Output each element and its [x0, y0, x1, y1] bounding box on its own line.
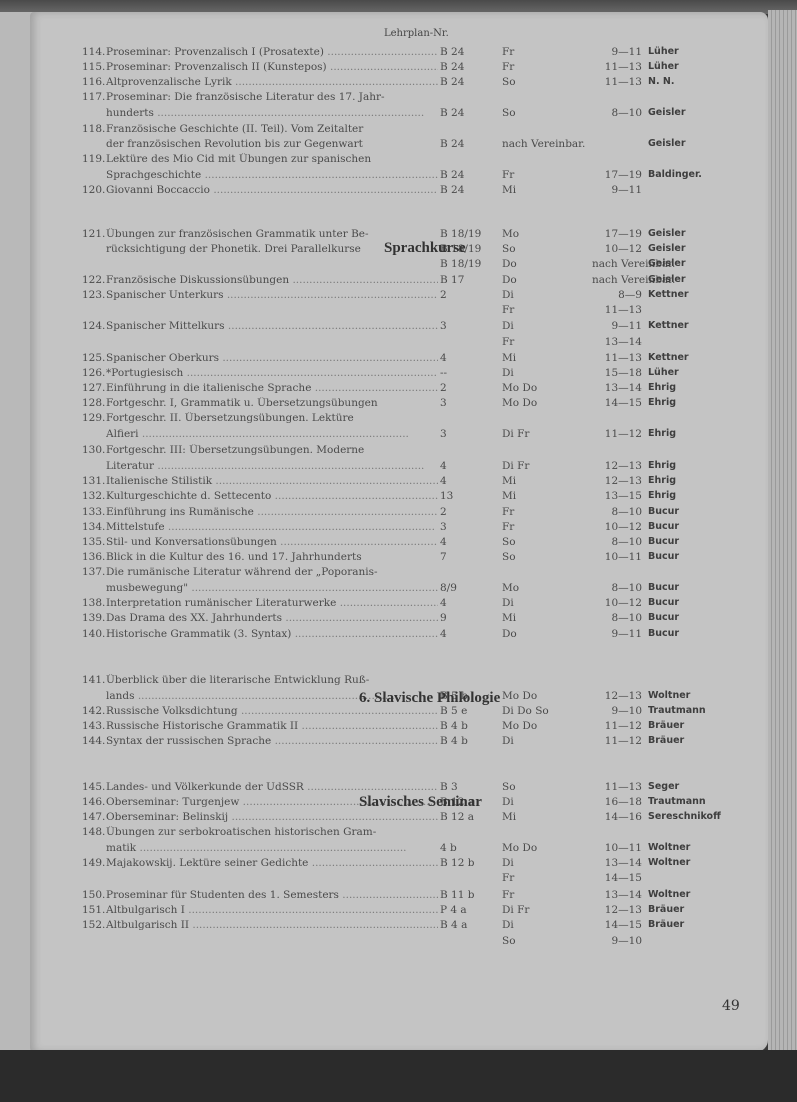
course-room: 4: [440, 352, 490, 364]
course-title: Überblick über die literarische Entwickl…: [106, 674, 438, 686]
course-time: 15—18: [592, 367, 642, 379]
section-heading: Sprachkurse: [384, 240, 466, 257]
course-teacher: Ehrig: [648, 382, 676, 393]
leader-dots: ........................................…: [228, 811, 438, 823]
leader-dots: ........................................…: [304, 781, 438, 793]
course-day: Mi: [502, 184, 582, 196]
course-time: 11—13: [592, 76, 642, 88]
course-teacher: Bucur: [648, 536, 679, 547]
course-time: 14—15: [592, 397, 642, 409]
course-room: 4: [440, 460, 490, 472]
course-teacher: Bucur: [648, 521, 679, 532]
leader-dots: ........................................…: [339, 889, 438, 901]
course-title: Spanischer Unterkurs ...................…: [106, 289, 438, 301]
leader-dots: ........................................…: [189, 919, 438, 931]
course-title: Proseminar: Provenzalisch I (Prosatexte)…: [106, 46, 438, 58]
course-time: 12—13: [592, 475, 642, 487]
course-day: Di: [502, 289, 582, 301]
course-time: 13—14: [592, 336, 642, 348]
course-time: 11—13: [592, 352, 642, 364]
course-title: Einführung in die italienische Sprache .…: [106, 382, 438, 394]
course-title: matik ..................................…: [106, 842, 438, 854]
course-day: So: [502, 551, 582, 563]
course-time: 14—15: [592, 872, 642, 884]
course-room: 8/9: [440, 582, 490, 594]
course-day: So: [502, 76, 582, 88]
course-title: Mittelstufe ............................…: [106, 521, 438, 533]
leader-dots: ........................................…: [289, 274, 438, 286]
course-teacher: Bucur: [648, 597, 679, 608]
course-room: B 24: [440, 76, 490, 88]
course-day: Di Fr: [502, 428, 582, 440]
course-teacher: Ehrig: [648, 428, 676, 439]
course-title: Proseminar: Die französische Literatur d…: [106, 91, 438, 103]
course-teacher: Kettner: [648, 320, 689, 331]
course-day: Mo Do: [502, 397, 582, 409]
course-room: B 3: [440, 781, 490, 793]
course-time: 10—11: [592, 551, 642, 563]
course-time: 9—11: [592, 320, 642, 332]
leader-dots: ........................................…: [225, 320, 438, 332]
course-time: 8—10: [592, 582, 642, 594]
course-teacher: Geisler: [648, 138, 686, 149]
course-room: 2: [440, 506, 490, 518]
course-room: 4: [440, 475, 490, 487]
course-day: Di Fr: [502, 904, 582, 916]
course-day: Di: [502, 857, 582, 869]
course-teacher: Trautmann: [648, 705, 706, 716]
course-teacher: Geisler: [648, 107, 686, 118]
course-day: Fr: [502, 872, 582, 884]
course-day: Mo Do: [502, 690, 582, 702]
course-room: 4: [440, 628, 490, 640]
course-teacher: Bräuer: [648, 720, 684, 731]
leader-dots: ........................................…: [139, 428, 409, 440]
course-teacher: Ehrig: [648, 460, 676, 471]
course-room: --: [440, 367, 490, 379]
leader-dots: ........................................…: [165, 521, 435, 533]
course-day: Do: [502, 258, 582, 270]
leader-dots: ........................................…: [271, 490, 438, 502]
course-time: nach Vereinbar.: [592, 274, 642, 286]
leader-dots: ........................................…: [298, 720, 438, 732]
course-title: Italienische Stilistik .................…: [106, 475, 438, 487]
course-title: Altprovenzalische Lyrik ................…: [106, 76, 438, 88]
course-teacher: Woltner: [648, 690, 690, 701]
course-day: So: [502, 781, 582, 793]
course-title: Das Drama des XX. Jahrhunderts .........…: [106, 612, 438, 624]
course-teacher: Ehrig: [648, 490, 676, 501]
leader-dots: ........................................…: [154, 460, 424, 472]
course-title: Proseminar für Studenten des 1. Semester…: [106, 889, 438, 901]
course-room: B 24: [440, 138, 490, 150]
course-time: 14—15: [592, 919, 642, 931]
course-day: Mo Do: [502, 382, 582, 394]
course-time: 12—13: [592, 690, 642, 702]
course-room: B 24: [440, 46, 490, 58]
course-room: 13: [440, 490, 490, 502]
course-title: Übungen zur serbokroatischen historische…: [106, 826, 438, 838]
course-day: Di Do So: [502, 705, 582, 717]
course-room: B 17: [440, 274, 490, 286]
course-title: Spanischer Mittelkurs ..................…: [106, 320, 438, 332]
course-time: 17—19: [592, 228, 642, 240]
leader-dots: ........................................…: [188, 582, 438, 594]
course-day: Di: [502, 735, 582, 747]
leader-dots: ........................................…: [224, 289, 439, 301]
course-title: Französische Geschichte (II. Teil). Vom …: [106, 123, 438, 135]
course-day: So: [502, 935, 582, 947]
course-teacher: Woltner: [648, 842, 690, 853]
course-day: Di: [502, 320, 582, 332]
course-day: Di Fr: [502, 460, 582, 472]
course-room: 2: [440, 382, 490, 394]
course-title: Russische Historische Grammatik II .....…: [106, 720, 438, 732]
course-room: B 24: [440, 184, 490, 196]
course-day: Fr: [502, 304, 582, 316]
course-day: Fr: [502, 46, 582, 58]
course-day: Do: [502, 628, 582, 640]
course-time: 8—10: [592, 506, 642, 518]
course-day: So: [502, 243, 582, 255]
course-room: 3: [440, 428, 490, 440]
course-title: Kulturgeschichte d. Settecento .........…: [106, 490, 438, 502]
course-room: B 11 b: [440, 889, 490, 901]
course-day: Mo: [502, 582, 582, 594]
course-time: 13—14: [592, 889, 642, 901]
leader-dots: ........................................…: [336, 597, 438, 609]
leader-dots: ........................................…: [136, 842, 406, 854]
course-time: 9—11: [592, 46, 642, 58]
course-time: 13—14: [592, 382, 642, 394]
leader-dots: ........................................…: [185, 904, 438, 916]
page-number: 49: [722, 998, 740, 1014]
leader-dots: ........................................…: [212, 475, 438, 487]
section-heading: Slavisches Seminar: [359, 794, 482, 811]
course-room: B 12 b: [440, 857, 490, 869]
course-room: B 4 a: [440, 919, 490, 931]
course-room: 9: [440, 612, 490, 624]
course-day: Di: [502, 597, 582, 609]
course-time: 16—18: [592, 796, 642, 808]
course-time: 10—12: [592, 521, 642, 533]
course-teacher: Lüher: [648, 46, 679, 57]
course-time: 11—12: [592, 720, 642, 732]
course-room: 2: [440, 289, 490, 301]
course-teacher: Kettner: [648, 352, 689, 363]
course-title: Stil- und Konversationsübungen .........…: [106, 536, 438, 548]
course-time: 13—15: [592, 490, 642, 502]
course-time: 11—13: [592, 61, 642, 73]
course-room: B 18/19: [440, 258, 490, 270]
course-teacher: Woltner: [648, 889, 690, 900]
course-day: Mo: [502, 228, 582, 240]
leader-dots: ........................................…: [183, 367, 438, 379]
course-teacher: Bräuer: [648, 735, 684, 746]
course-title: Fortgeschr. II. Übersetzungsübungen. Lek…: [106, 412, 438, 424]
course-teacher: Geisler: [648, 228, 686, 239]
course-title: Die rumänische Literatur während der „Po…: [106, 566, 438, 578]
column-header-lehrplan: Lehrplan-Nr.: [384, 28, 449, 39]
course-title: hunderts ...............................…: [106, 107, 438, 119]
course-day: So: [502, 107, 582, 119]
leader-dots: ........................................…: [254, 506, 438, 518]
course-time: 8—9: [592, 289, 642, 301]
leader-dots: ........................................…: [311, 382, 438, 394]
course-teacher: Lüher: [648, 367, 679, 378]
course-room: B 4 b: [440, 720, 490, 732]
course-title: *Portugiesisch .........................…: [106, 367, 438, 379]
leader-dots: ........................................…: [324, 46, 438, 58]
course-day: So: [502, 536, 582, 548]
course-room: B 4 b: [440, 735, 490, 747]
course-teacher: Bucur: [648, 551, 679, 562]
course-room: 3: [440, 521, 490, 533]
course-title: Interpretation rumänischer Literaturwerk…: [106, 597, 438, 609]
course-time: 12—13: [592, 904, 642, 916]
course-title: Giovanni Boccaccio .....................…: [106, 184, 438, 196]
course-teacher: Sereschnikoff: [648, 811, 721, 822]
course-teacher: Geisler: [648, 274, 686, 285]
leader-dots: ........................................…: [210, 184, 438, 196]
course-time: 14—16: [592, 811, 642, 823]
course-time: 10—12: [592, 243, 642, 255]
course-title: Übungen zur französischen Grammatik unte…: [106, 228, 438, 240]
leader-dots: ........................................…: [201, 169, 438, 181]
course-room: B 12 a: [440, 811, 490, 823]
course-day: Mo Do: [502, 720, 582, 732]
course-title: Fortgeschr. III: Übersetzungsübungen. Mo…: [106, 444, 438, 456]
course-room: 3: [440, 320, 490, 332]
course-title: der französischen Revolution bis zur Geg…: [106, 138, 438, 150]
course-time: 12—13: [592, 460, 642, 472]
course-time: nach Vereinbar.: [592, 258, 642, 270]
course-teacher: Bucur: [648, 506, 679, 517]
course-time: 9—10: [592, 935, 642, 947]
leader-dots: ........................................…: [308, 857, 438, 869]
leader-dots: ........................................…: [154, 107, 424, 119]
course-day: Di: [502, 919, 582, 931]
course-time: 11—13: [592, 781, 642, 793]
course-day: Mi: [502, 352, 582, 364]
course-day: Fr: [502, 521, 582, 533]
course-teacher: Ehrig: [648, 397, 676, 408]
course-day: Mi: [502, 612, 582, 624]
course-teacher: Kettner: [648, 289, 689, 300]
course-room: P 4 a: [440, 904, 490, 916]
course-teacher: Bucur: [648, 582, 679, 593]
course-room: 4: [440, 597, 490, 609]
course-time: 9—11: [592, 184, 642, 196]
page-stack-edges: [768, 10, 797, 1056]
course-title: Französische Diskussionsübungen ........…: [106, 274, 438, 286]
leader-dots: ........................................…: [291, 628, 438, 640]
course-time: 9—10: [592, 705, 642, 717]
course-title: Einführung ins Rumänische ..............…: [106, 506, 438, 518]
course-room: B 24: [440, 61, 490, 73]
course-time: 8—10: [592, 107, 642, 119]
course-time: 17—19: [592, 169, 642, 181]
course-teacher: Ehrig: [648, 475, 676, 486]
course-title: Literatur ..............................…: [106, 460, 438, 472]
course-title: Syntax der russischen Sprache ..........…: [106, 735, 438, 747]
leader-dots: ........................................…: [232, 76, 438, 88]
leader-dots: ........................................…: [282, 612, 438, 624]
course-day: Mi: [502, 811, 582, 823]
course-time: 8—10: [592, 536, 642, 548]
course-room: B 24: [440, 169, 490, 181]
course-teacher: Geisler: [648, 243, 686, 254]
course-teacher: Lüher: [648, 61, 679, 72]
course-teacher: Seger: [648, 781, 679, 792]
course-time: 11—12: [592, 735, 642, 747]
course-title: Spanischer Oberkurs ....................…: [106, 352, 438, 364]
course-day: Mi: [502, 490, 582, 502]
course-teacher: Bräuer: [648, 919, 684, 930]
course-teacher: Woltner: [648, 857, 690, 868]
course-title: Historische Grammatik (3. Syntax) ......…: [106, 628, 438, 640]
leader-dots: ........................................…: [277, 536, 438, 548]
course-day: Fr: [502, 61, 582, 73]
course-day: Mi: [502, 475, 582, 487]
course-time: 8—10: [592, 612, 642, 624]
course-title: Alfieri ................................…: [106, 428, 438, 440]
course-room: B 24: [440, 107, 490, 119]
course-day: Di: [502, 796, 582, 808]
course-title: Landes- und Völkerkunde der UdSSR ......…: [106, 781, 438, 793]
course-time: 10—12: [592, 597, 642, 609]
course-room: B 18/19: [440, 228, 490, 240]
course-day: Fr: [502, 506, 582, 518]
course-teacher: Bucur: [648, 612, 679, 623]
course-title: Sprachgeschichte .......................…: [106, 169, 438, 181]
leader-dots: ........................................…: [219, 352, 438, 364]
course-day: Fr: [502, 336, 582, 348]
section-heading: 6. Slavische Philologie: [359, 690, 500, 707]
course-teacher: Bucur: [648, 628, 679, 639]
course-room: 4: [440, 536, 490, 548]
course-title: Altbulgarisch II .......................…: [106, 919, 438, 931]
course-title: Oberseminar: Belinskij .................…: [106, 811, 438, 823]
course-teacher: Trautmann: [648, 796, 706, 807]
course-teacher: Bräuer: [648, 904, 684, 915]
course-teacher: N. N.: [648, 76, 674, 87]
course-time: 11—12: [592, 428, 642, 440]
course-day: nach Vereinbar.: [502, 138, 582, 150]
course-title: musbewegung" ...........................…: [106, 582, 438, 594]
course-teacher: Baldinger.: [648, 169, 702, 180]
course-day: Do: [502, 274, 582, 286]
course-title: Proseminar: Provenzalisch II (Kunstepos)…: [106, 61, 438, 73]
course-day: Fr: [502, 889, 582, 901]
course-title: Fortgeschr. I, Grammatik u. Übersetzungs…: [106, 397, 438, 409]
course-time: 10—11: [592, 842, 642, 854]
leader-dots: ........................................…: [327, 61, 438, 73]
course-day: Fr: [502, 169, 582, 181]
leader-dots: ........................................…: [271, 735, 438, 747]
course-title: Lektüre des Mio Cid mit Übungen zur span…: [106, 153, 438, 165]
course-day: Mo Do: [502, 842, 582, 854]
course-time: 9—11: [592, 628, 642, 640]
course-time: 13—14: [592, 857, 642, 869]
course-room: 4 b: [440, 842, 490, 854]
scan-bottom-edge: [0, 1050, 797, 1102]
course-title: Majakowskij. Lektüre seiner Gedichte ...…: [106, 857, 438, 869]
course-time: 11—13: [592, 304, 642, 316]
course-teacher: Geisler: [648, 258, 686, 269]
course-day: Di: [502, 367, 582, 379]
course-room: 7: [440, 551, 490, 563]
course-room: 3: [440, 397, 490, 409]
course-title: Blick in die Kultur des 16. und 17. Jahr…: [106, 551, 438, 563]
course-title: Altbulgarisch I ........................…: [106, 904, 438, 916]
